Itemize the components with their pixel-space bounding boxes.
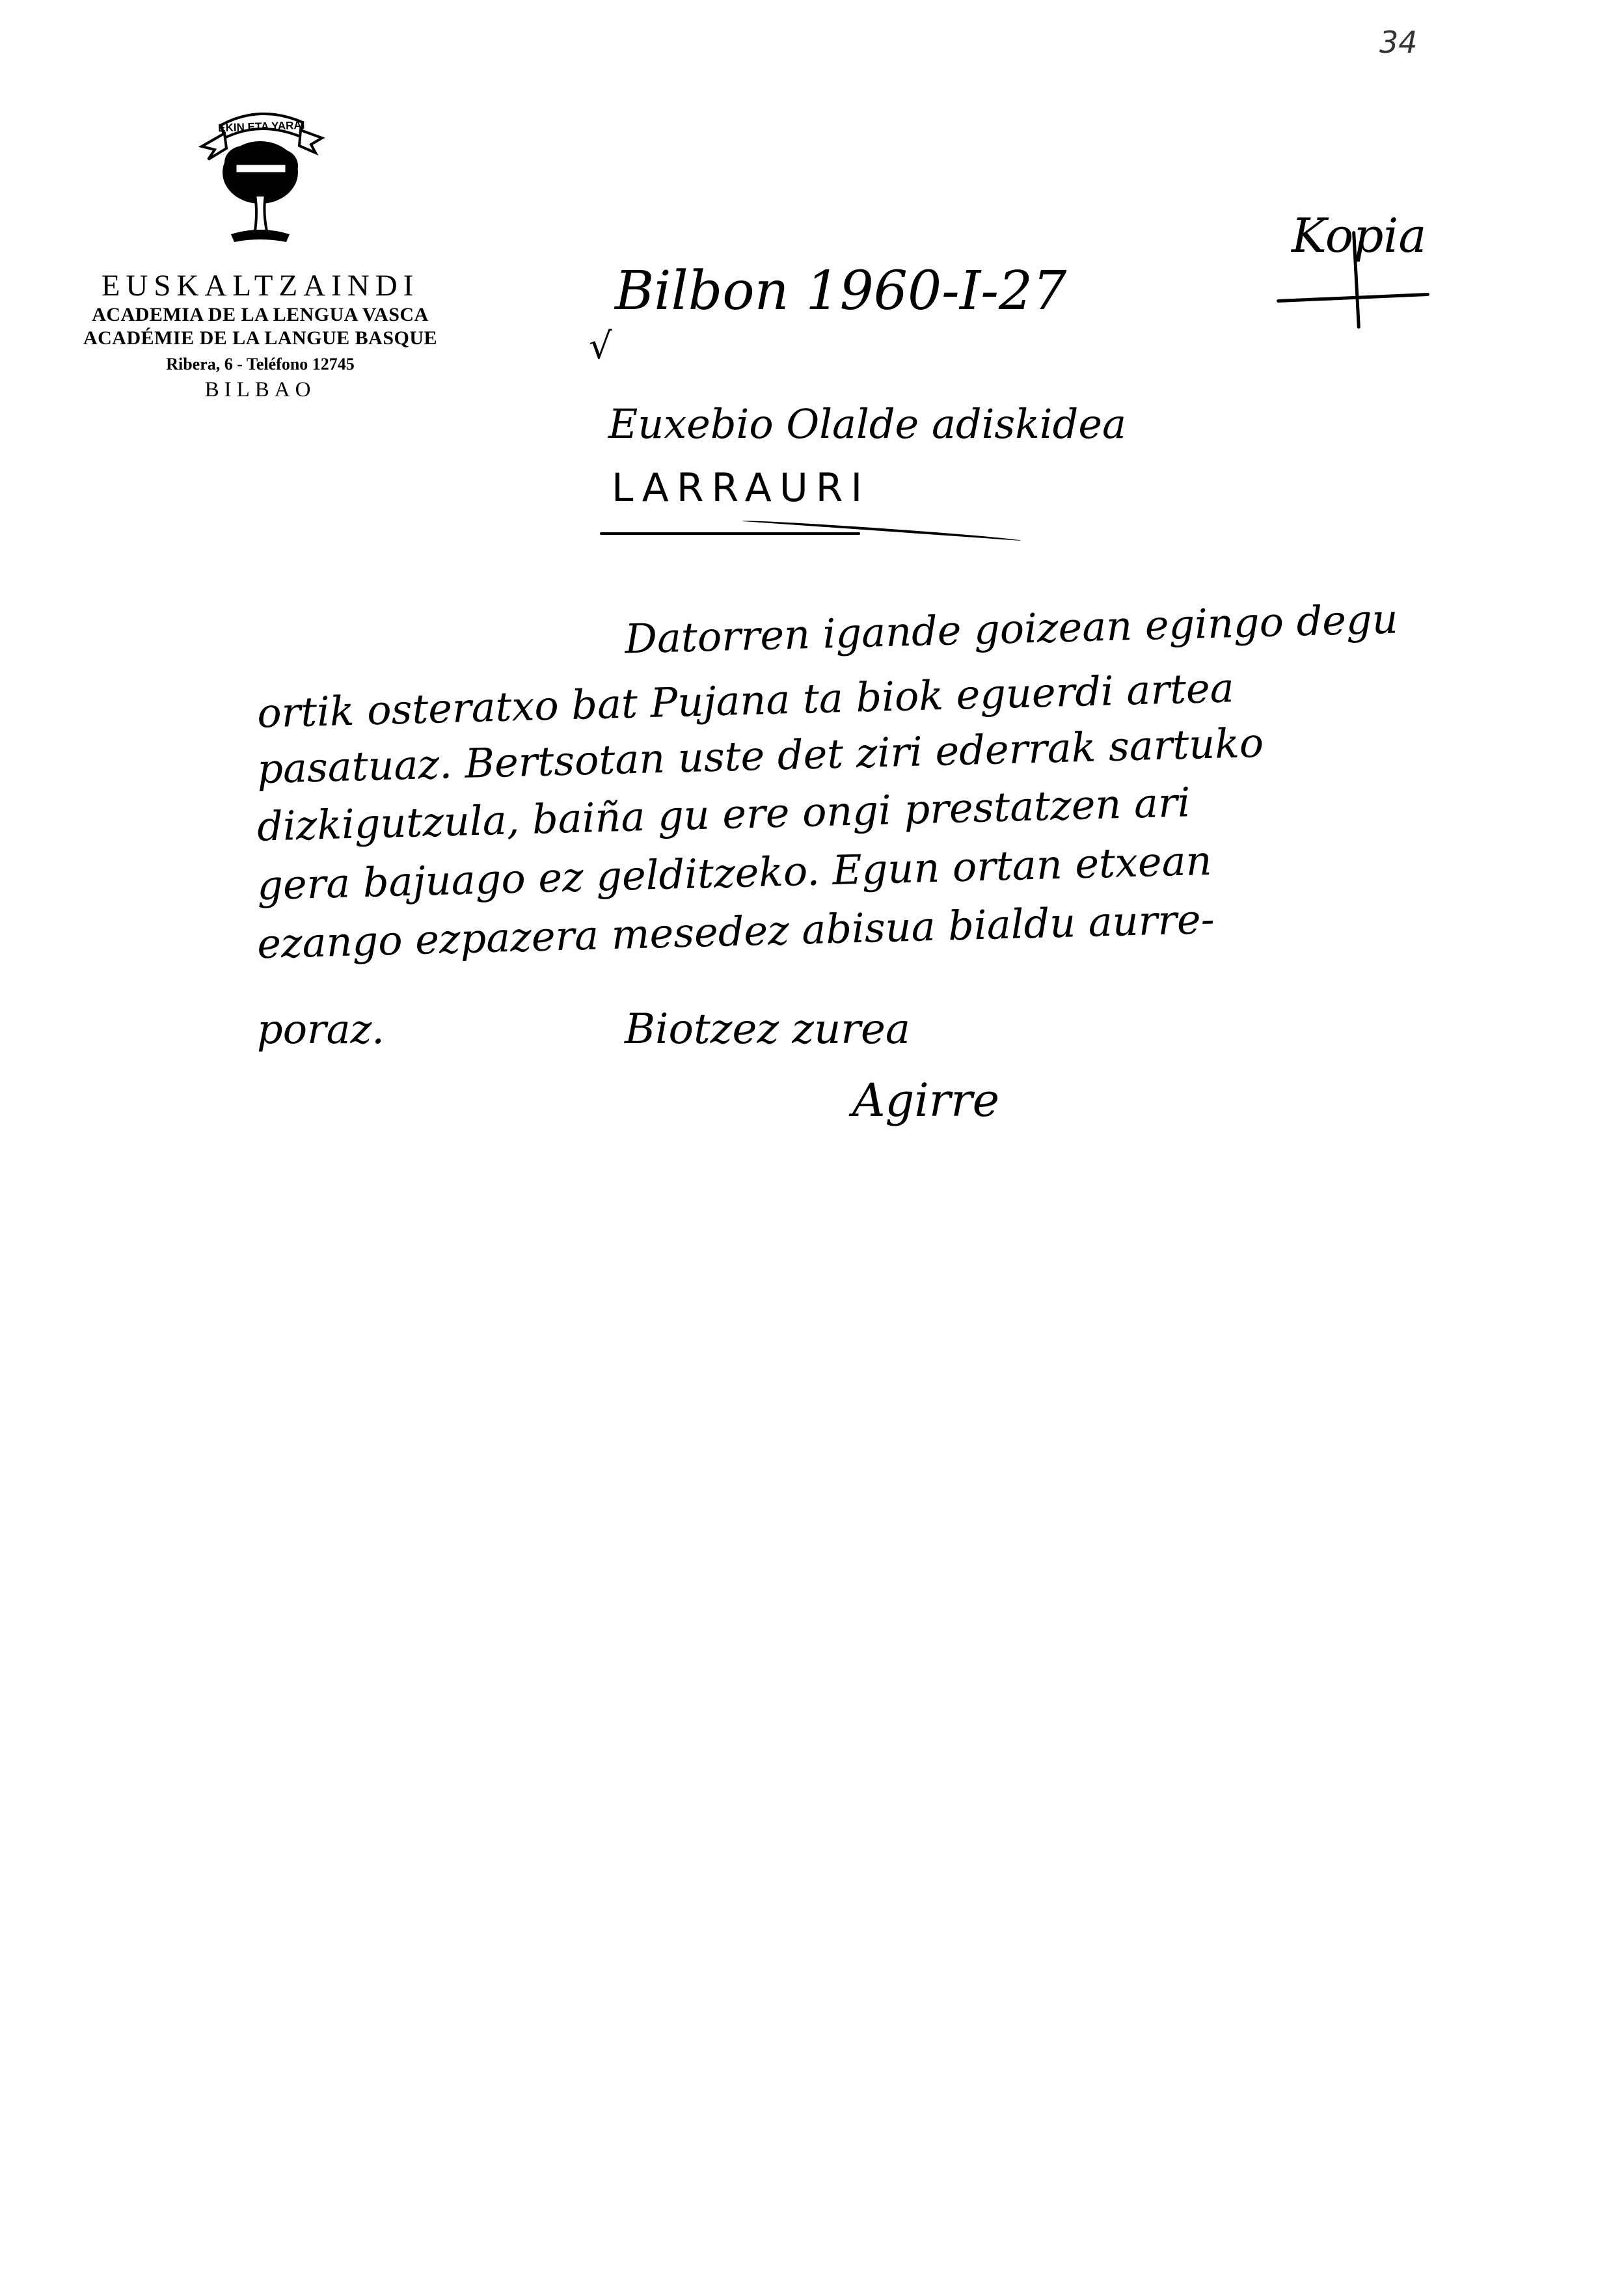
destination-underline-curve	[742, 519, 1021, 541]
check-mark-icon: √	[589, 325, 612, 368]
letterhead: EKIN ETA YARAI EUSKALTZAINDI ACADEMIA DE…	[65, 98, 455, 404]
org-city: BILBAO	[65, 376, 455, 404]
signature: Agirre	[852, 1074, 999, 1127]
org-address: Ribera, 6 - Teléfono 12745	[65, 353, 455, 376]
body-line: Datorren igande goizean egingo degu	[624, 595, 1398, 662]
org-subtitle-fr: ACADÉMIE DE LA LANGUE BASQUE	[65, 327, 455, 350]
body-line: poraz.	[257, 1005, 385, 1053]
destination-underline	[600, 532, 860, 535]
page-number: 34	[1379, 25, 1418, 60]
cross-mark-horizontal	[1277, 293, 1429, 303]
place-date: Bilbon 1960-I-27	[615, 260, 1066, 322]
body-line: dizkigutzula, baiña gu ere ongi prestatz…	[256, 778, 1191, 850]
org-subtitle-es: ACADEMIA DE LA LENGUA VASCA	[65, 303, 455, 327]
salutation: Euxebio Olalde adiskidea	[608, 400, 1126, 448]
body-line: gera bajuago ez gelditzeko. Egun ortan e…	[256, 837, 1212, 909]
org-name: EUSKALTZAINDI	[65, 269, 455, 303]
oak-tree-emblem-icon: EKIN ETA YARAI	[182, 98, 338, 247]
body-line: ezango ezpazera mesedez abisua bialdu au…	[256, 895, 1215, 968]
copy-mark: Kopia	[1292, 208, 1426, 263]
closing: Biotzez zurea	[625, 1005, 910, 1053]
destination: LARRAURI	[612, 465, 870, 511]
